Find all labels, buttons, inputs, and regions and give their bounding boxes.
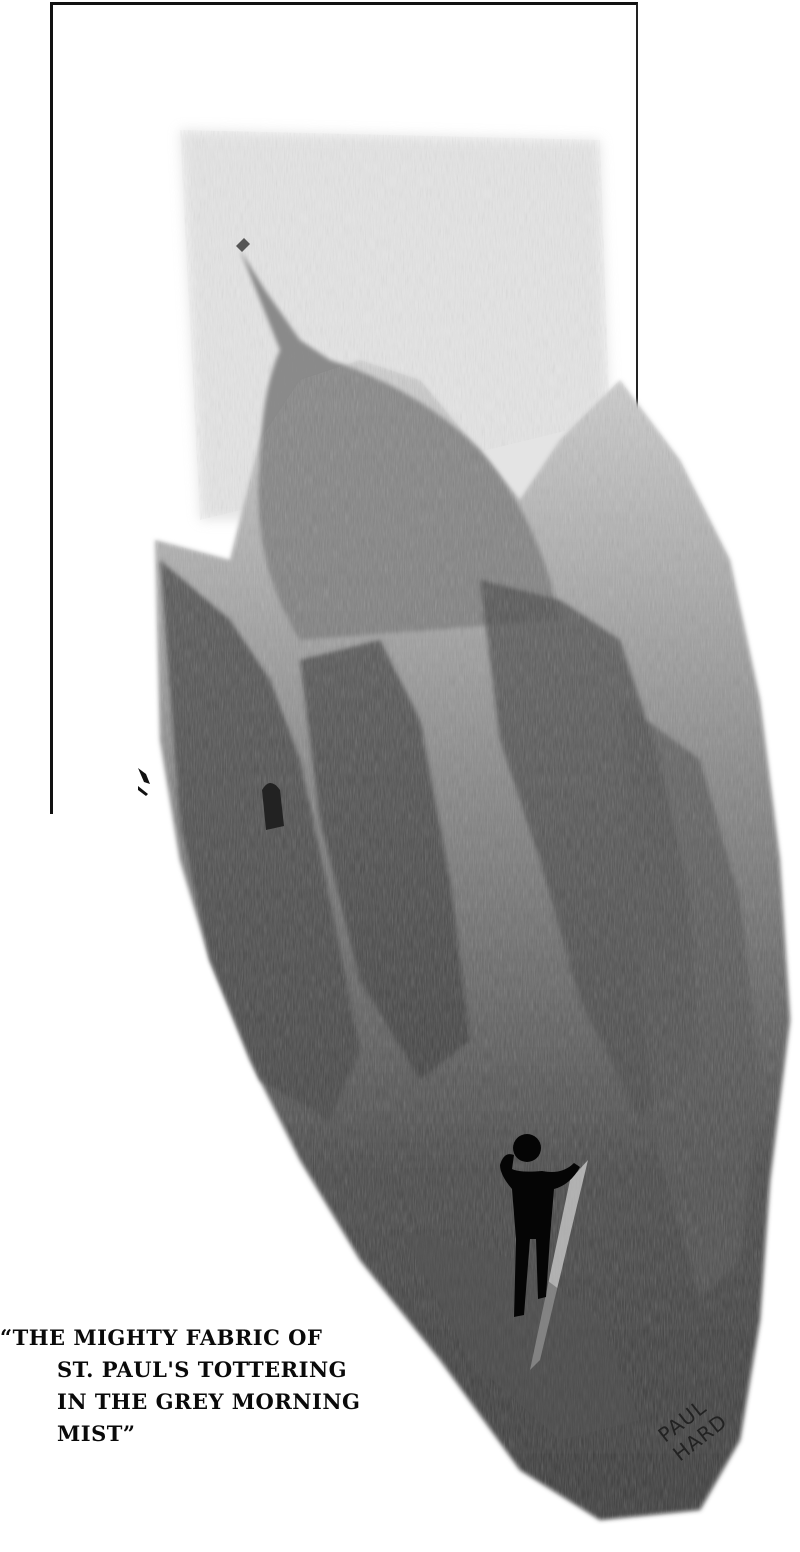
caption-line-3: IN THE GREY MORNING	[0, 1386, 357, 1418]
caption-line-4: MIST”	[0, 1418, 357, 1450]
caption-line-1: “THE MIGHTY FABRIC OF	[0, 1322, 357, 1354]
caption-line-2: ST. PAUL'S TOTTERING	[0, 1354, 357, 1386]
cathedral-illustration	[0, 0, 800, 1552]
illustration-caption: “THE MIGHTY FABRIC OF ST. PAUL'S TOTTERI…	[0, 1322, 357, 1450]
